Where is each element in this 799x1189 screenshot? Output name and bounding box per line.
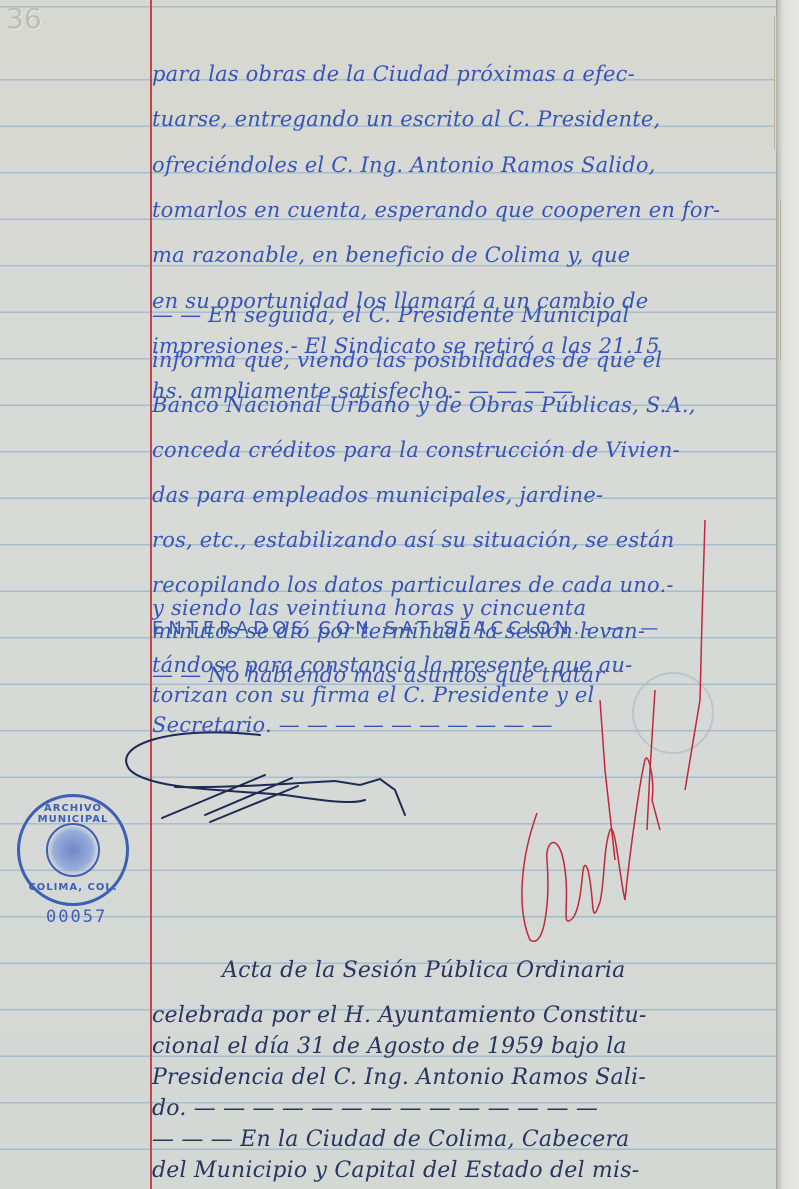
text-line: celebrada por el H. Ayuntamiento Constit…	[152, 1003, 647, 1028]
text-line: cional el día 31 de Agosto de 1959 bajo …	[152, 1034, 627, 1059]
text-line: Secretario. — — — — — — — — — —	[152, 713, 553, 737]
text-line: torizan con su firma el C. Presidente y …	[152, 683, 594, 707]
text-line: tándose para constancia la presente que …	[152, 653, 632, 677]
text-line: del Municipio y Capital del Estado del m…	[152, 1158, 639, 1183]
signature-dark	[126, 732, 405, 822]
text-line: minutos se dió por terminada la sesión l…	[152, 619, 645, 643]
minutes-title-line: Acta de la Sesión Pública Ordinaria	[152, 958, 625, 983]
text-line: y siendo las veintiuna horas y cincuenta	[152, 596, 586, 620]
text-line: do. — — — — — — — — — — — — — —	[152, 1096, 598, 1121]
text-line: — — — En la Ciudad de Colima, Cabecera	[152, 1127, 630, 1152]
text-line: Presidencia del C. Ing. Antonio Ramos Sa…	[152, 1065, 646, 1090]
